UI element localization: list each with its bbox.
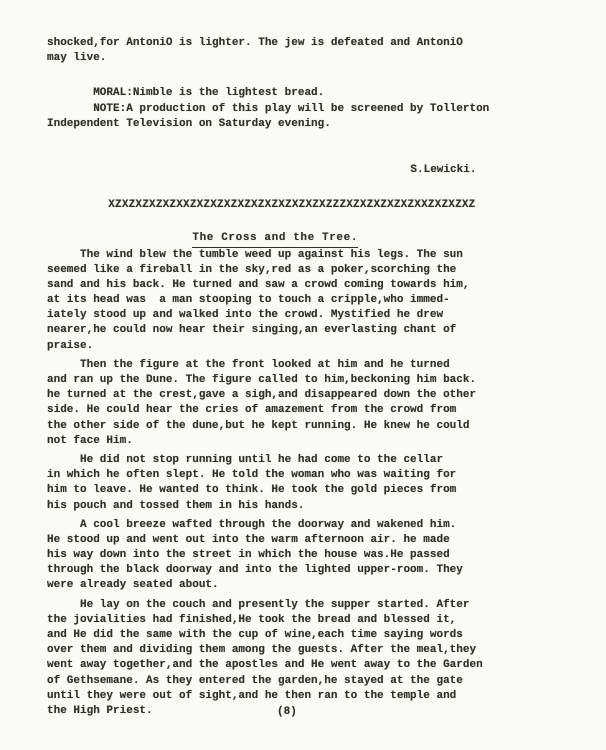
story-line: nearer,he could now hear their singing,a… (47, 323, 566, 338)
note-line: MORAL:Nimble is the lightest bread. (47, 86, 566, 101)
story-body: The wind blew the tumble weed up against… (47, 248, 566, 720)
story-line: sand and his back. He turned and saw a c… (47, 278, 566, 293)
story-line: side. He could hear the cries of amazeme… (47, 403, 566, 418)
story-line: He did not stop running until he had com… (47, 453, 566, 468)
story-line: of Gethsemane. As they entered the garde… (47, 674, 566, 689)
author-signature: S.Lewicki. (410, 164, 476, 176)
moral-note-block: MORAL:Nimble is the lightest bread. NOTE… (47, 86, 566, 132)
story-line: The wind blew the tumble weed up against… (47, 248, 566, 263)
spacer (47, 132, 566, 148)
note-line: Independent Television on Saturday eveni… (47, 117, 566, 132)
paragraph: The wind blew the tumble weed up against… (47, 248, 566, 354)
paragraph: He did not stop running until he had com… (47, 453, 566, 514)
typed-divider-line: XZXZXZXZXZXXZXZXZXZXZXZXZXZXZXZXZZZXZXZX… (108, 199, 475, 211)
page-number: (8) (277, 705, 297, 720)
story-title: The Cross and the Tree. (192, 231, 358, 248)
paragraph: He lay on the couch and presently the su… (47, 598, 566, 720)
story-line: Then the figure at the front looked at h… (47, 358, 566, 373)
story-line: through the black doorway and into the l… (47, 563, 566, 578)
typewritten-page: shocked,for AntoniO is lighter. The jew … (0, 0, 606, 750)
note-line: NOTE:A production of this play will be s… (47, 102, 566, 117)
story-line: were already seated about. (47, 578, 566, 593)
story-line: seemed like a fireball in the sky,red as… (47, 263, 566, 278)
story-line: A cool breeze wafted through the doorway… (47, 518, 566, 533)
story-line: He stood up and went out into the warm a… (47, 533, 566, 548)
spacer (47, 163, 566, 183)
story-line: not face Him. (47, 434, 566, 449)
story-line: his pouch and tossed them in his hands. (47, 499, 566, 514)
signature-row: S.Lewicki. (47, 148, 566, 163)
paragraph: Then the figure at the front looked at h… (47, 358, 566, 449)
intro-line: shocked,for AntoniO is lighter. The jew … (47, 36, 566, 51)
paragraph: A cool breeze wafted through the doorway… (47, 518, 566, 594)
story-line: He lay on the couch and presently the su… (47, 598, 566, 613)
story-line: and He did the same with the cup of wine… (47, 628, 566, 643)
intro-block: shocked,for AntoniO is lighter. The jew … (47, 36, 566, 66)
story-line: he turned at the crest,gave a sigh,and d… (47, 388, 566, 403)
story-line: went away together,and the apostles and … (47, 658, 566, 673)
story-line: iately stood up and walked into the crow… (47, 308, 566, 323)
intro-line: may live. (47, 51, 566, 66)
story-line: in which he often slept. He told the wom… (47, 468, 566, 483)
story-line: his way down into the street in which th… (47, 548, 566, 563)
story-line: until they were out of sight,and he then… (47, 689, 566, 704)
story-line: at its head was a man stooping to touch … (47, 293, 566, 308)
story-line: him to leave. He wanted to think. He too… (47, 483, 566, 498)
story-line: over them and dividing them among the gu… (47, 643, 566, 658)
story-line: the High Priest. (47, 704, 566, 719)
story-line: the jovialities had finished,He took the… (47, 613, 566, 628)
title-row: The Cross and the Tree. (47, 215, 566, 230)
divider-row: XZXZXZXZXZXXZXZXZXZXZXZXZXZXZXZXZZZXZXZX… (47, 183, 566, 198)
spacer (47, 66, 566, 86)
story-line: praise. (47, 339, 566, 354)
story-line: and ran up the Dune. The figure called t… (47, 373, 566, 388)
story-line: the other side of the dune,but he kept r… (47, 419, 566, 434)
